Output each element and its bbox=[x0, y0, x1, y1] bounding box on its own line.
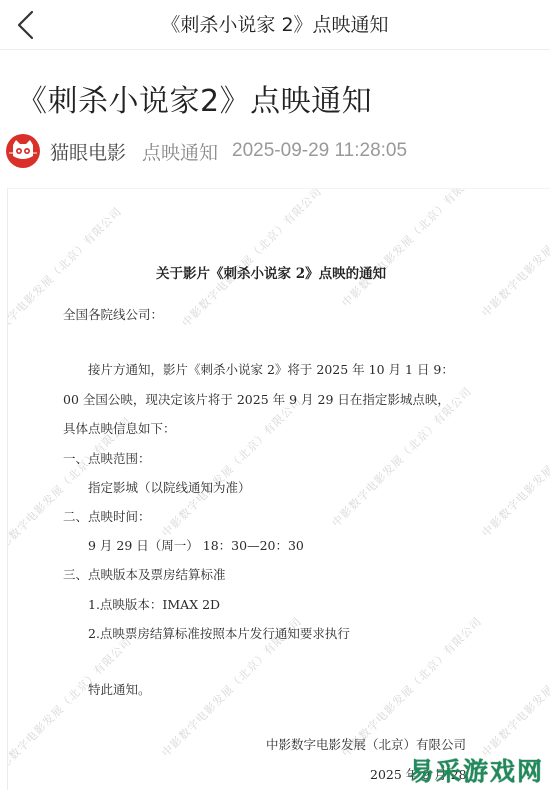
document-title: 关于影片《刺杀小说家 2》点映的通知 bbox=[156, 262, 386, 282]
navbar: 《刺杀小说家 2》点映通知 bbox=[0, 0, 550, 50]
section-content: 9 月 29 日（周一） 18：30—20：30 bbox=[88, 536, 304, 554]
nav-title: 《刺杀小说家 2》点映通知 bbox=[0, 0, 550, 50]
avatar[interactable] bbox=[6, 134, 40, 168]
section-heading: 一、点映范围： bbox=[63, 449, 151, 467]
article-title: 《刺杀小说家2》点映通知 bbox=[17, 76, 372, 120]
section-heading: 三、点映版本及票房结算标准 bbox=[63, 565, 226, 583]
category-label: 点映通知 bbox=[142, 138, 218, 165]
section-item: 2.点映票房结算标准按照本片发行通知要求执行 bbox=[88, 624, 350, 642]
notice-document-image: 中影数字电影发展（北京）有限公司 中影数字电影发展（北京）有限公司 中影数字电影… bbox=[7, 188, 550, 790]
watermark: 中影数字电影发展（北京）有限公司 bbox=[7, 203, 125, 350]
document-signature: 中影数字电影发展（北京）有限公司 bbox=[266, 735, 466, 753]
site-logo-watermark: 易采游戏网 bbox=[409, 752, 544, 788]
document-body-line: 00 全国公映，现决定该片将于 2025 年 9 月 29 日在指定影城点映， bbox=[63, 390, 450, 408]
watermark: 中影数字电影发展（北京）有限公司 bbox=[478, 393, 550, 540]
watermark: 中影数字电影发展（北京）有限公司 bbox=[478, 613, 550, 760]
watermark: 中影数字电影发展（北京）有限公司 bbox=[158, 393, 305, 540]
source-name[interactable]: 猫眼电影 bbox=[50, 138, 126, 165]
document-closing: 特此通知。 bbox=[88, 680, 151, 698]
section-heading: 二、点映时间： bbox=[63, 507, 151, 525]
document-body-line: 具体点映信息如下： bbox=[63, 419, 176, 437]
watermark: 中影数字电影发展（北京）有限公司 bbox=[478, 188, 550, 320]
document-salutation: 全国各院线公司： bbox=[63, 305, 163, 323]
publish-timestamp: 2025-09-29 11:28:05 bbox=[232, 140, 407, 162]
watermark: 中影数字电影发展（北京）有限公司 bbox=[7, 633, 135, 780]
article-meta: 猫眼电影 点映通知 2025-09-29 11:28:05 bbox=[6, 133, 407, 169]
watermark: 中影数字电影发展（北京）有限公司 bbox=[338, 188, 485, 310]
maoyan-cat-logo-icon bbox=[6, 134, 40, 168]
document-body-line: 接片方通知，影片《刺杀小说家 2》将于 2025 年 10 月 1 日 9： bbox=[88, 360, 454, 378]
section-item: 1.点映版本：IMAX 2D bbox=[88, 595, 220, 613]
watermark: 中影数字电影发展（北京）有限公司 bbox=[178, 188, 325, 330]
section-content: 指定影城（以院线通知为准） bbox=[88, 478, 251, 496]
